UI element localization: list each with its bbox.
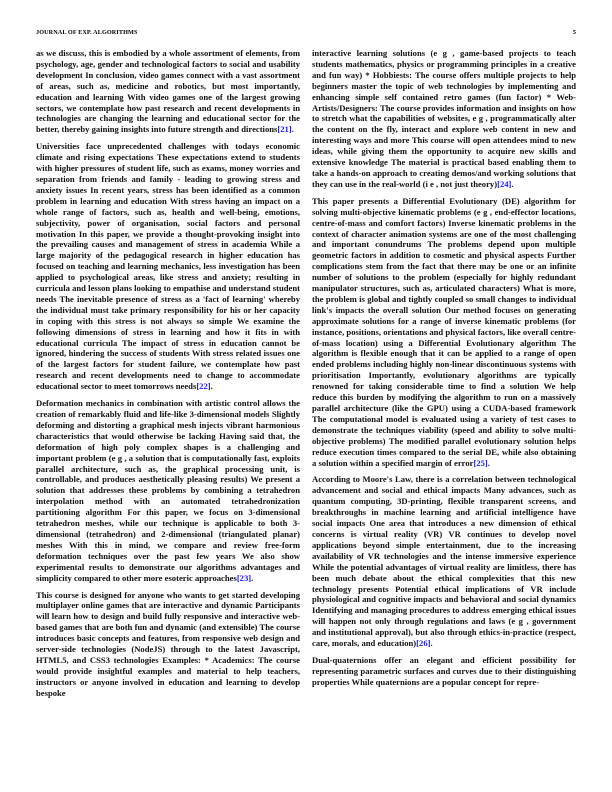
paragraph: Universities face unprecedented challeng…	[36, 141, 300, 392]
paragraph-end: .	[430, 638, 432, 648]
citation-link[interactable]: [25]	[473, 458, 487, 468]
left-column: as we discuss, this is embodied by a who…	[36, 48, 300, 705]
paragraph-text: Deformation mechanics in combination wit…	[36, 398, 300, 583]
paper-page: JOURNAL OF EXP. ALGORITHMS 5 as we discu…	[0, 0, 612, 792]
citation-link[interactable]: [22]	[196, 381, 210, 391]
citation-link[interactable]: [21]	[277, 124, 291, 134]
paragraph: as we discuss, this is embodied by a who…	[36, 48, 300, 135]
citation-link[interactable]: [26]	[416, 638, 430, 648]
paragraph: This paper presents a Differential Evolu…	[312, 196, 576, 469]
paragraph-end: .	[211, 381, 213, 391]
paragraph-text: According to Moore's Law, there is a cor…	[312, 474, 576, 648]
paragraph-end: .	[488, 458, 490, 468]
paragraph: interactive learning solutions (e g , ga…	[312, 48, 576, 190]
paragraph: Dual-quaternions offer an elegant and ef…	[312, 655, 576, 688]
page-number: 5	[573, 29, 576, 36]
citation-link[interactable]: [24]	[497, 179, 511, 189]
running-head: JOURNAL OF EXP. ALGORITHMS	[36, 29, 138, 36]
paragraph: This course is designed for anyone who w…	[36, 590, 300, 699]
paragraph-text: This paper presents a Differential Evolu…	[312, 196, 576, 468]
paragraph-text: Universities face unprecedented challeng…	[36, 141, 300, 391]
paragraph-text: as we discuss, this is embodied by a who…	[36, 48, 300, 134]
paragraph-end: .	[292, 124, 294, 134]
citation-link[interactable]: [23]	[237, 573, 251, 583]
paragraph-end: .	[511, 179, 513, 189]
right-column: interactive learning solutions (e g , ga…	[312, 48, 576, 694]
paragraph-text: Dual-quaternions offer an elegant and ef…	[312, 655, 576, 687]
paragraph-text: interactive learning solutions (e g , ga…	[312, 48, 576, 189]
paragraph: Deformation mechanics in combination wit…	[36, 398, 300, 583]
paragraph: According to Moore's Law, there is a cor…	[312, 474, 576, 649]
paragraph-text: This course is designed for anyone who w…	[36, 590, 300, 698]
paragraph-end: .	[251, 573, 253, 583]
